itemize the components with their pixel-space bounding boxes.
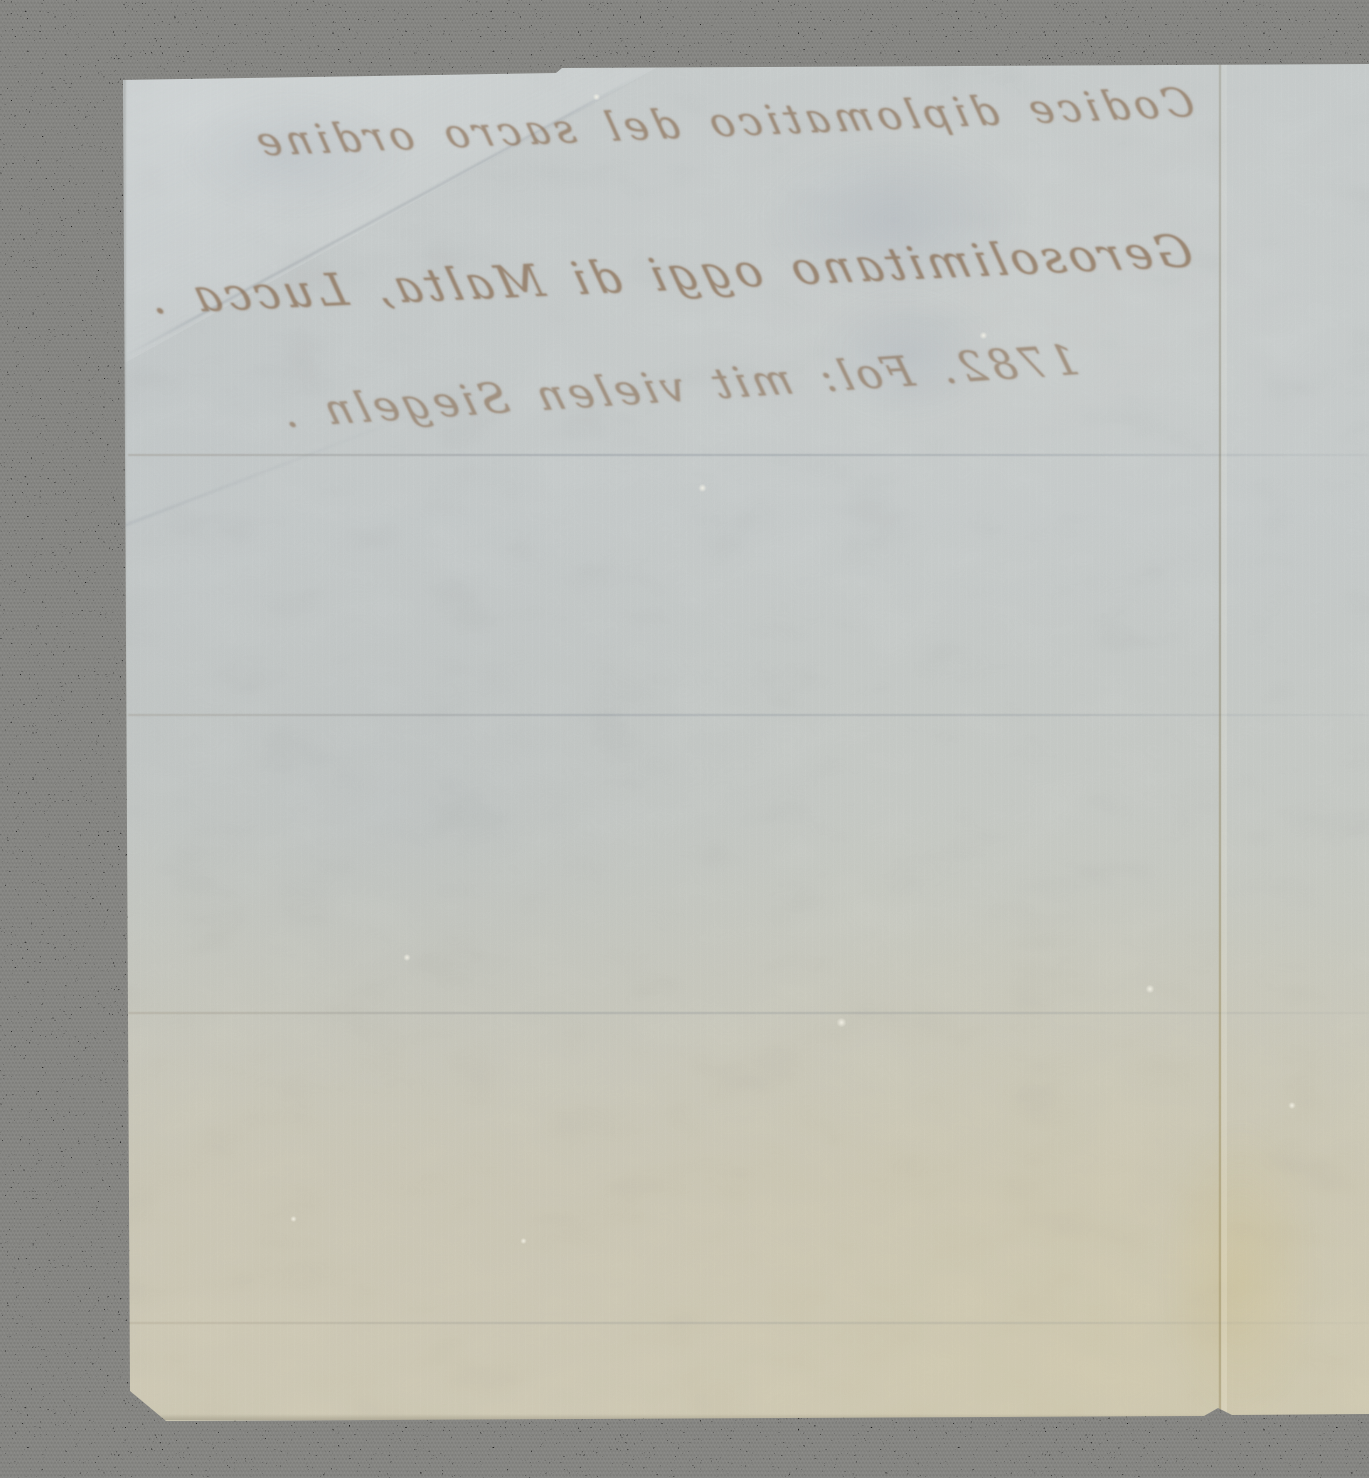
paper-fleck (520, 1238, 527, 1244)
paper-fleck (698, 484, 707, 492)
paper-fleck (1288, 1102, 1296, 1109)
paper-fleck (1145, 985, 1155, 993)
vertical-fold-highlight (1221, 60, 1227, 1418)
paper-fleck (290, 1216, 297, 1222)
paper-fleck (592, 94, 601, 100)
fold-stain-glow (1160, 1120, 1320, 1430)
paper-fleck (836, 1018, 847, 1027)
paper-fleck (403, 954, 411, 961)
manuscript-page: Codice diplomatico del sacro ordine Gero… (0, 0, 1369, 1478)
scan-stage: Codice diplomatico del sacro ordine Gero… (0, 0, 1369, 1478)
paper-fleck (979, 332, 988, 339)
